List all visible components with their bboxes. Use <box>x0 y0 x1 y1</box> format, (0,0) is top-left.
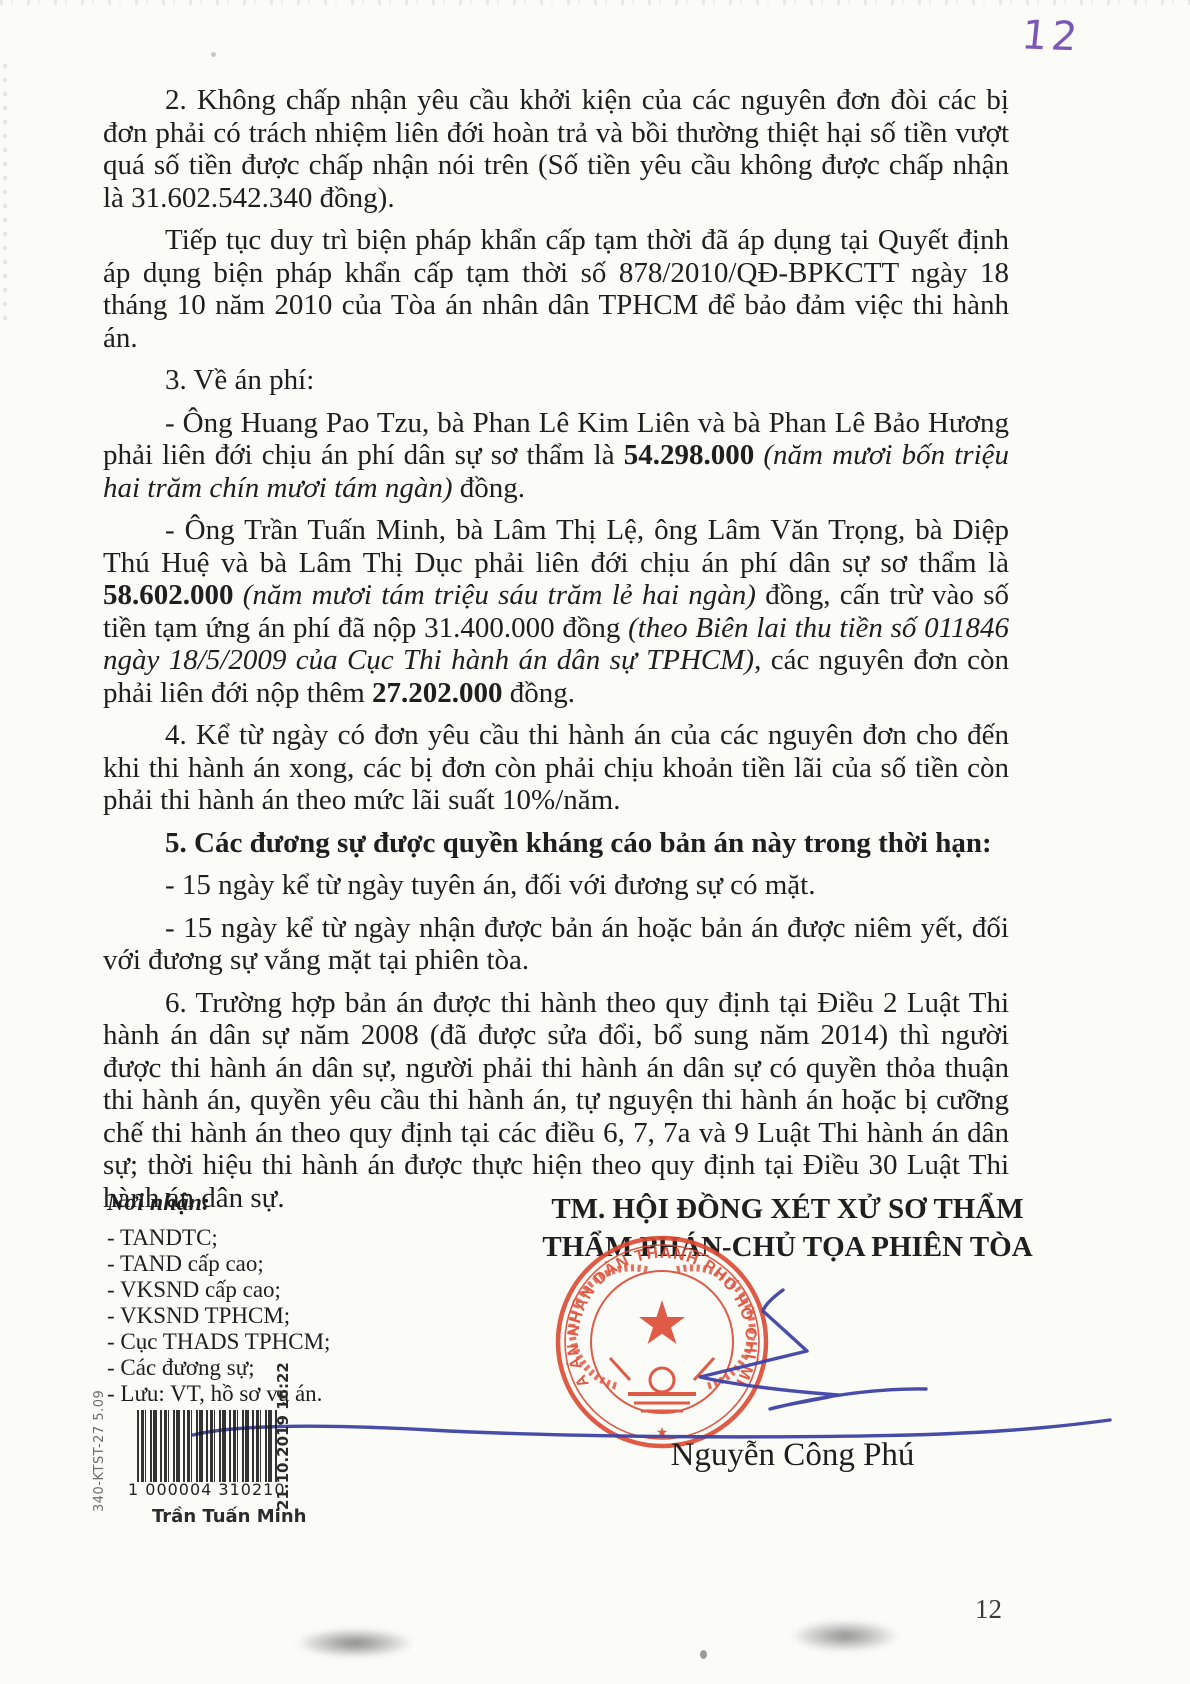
scan-left-edge-marks <box>3 60 7 320</box>
registration-barcode-block: 340-KTST-27 5.09 1 000004 310210 21.10.2… <box>84 1400 314 1540</box>
judgment-body: 2. Không chấp nhận yêu cầu khởi kiện của… <box>103 84 1009 1224</box>
paragraph-text: - 15 ngày kể từ ngày nhận được bản án ho… <box>103 912 1009 977</box>
scan-speck <box>757 170 761 174</box>
paragraph-appeal-absent: - 15 ngày kể từ ngày nhận được bản án ho… <box>103 912 1009 977</box>
scan-speck <box>211 52 216 57</box>
paragraph-text: đồng. <box>452 472 525 504</box>
amount-bold: 54.298.000 <box>624 439 755 471</box>
paragraph-text: Tiếp tục duy trì biện pháp khẩn cấp tạm … <box>103 224 1009 354</box>
paragraph-text: 2. Không chấp nhận yêu cầu khởi kiện của… <box>103 84 1009 214</box>
paragraph-5-appeal-rights: 5. Các đương sự được quyền kháng cáo bản… <box>103 827 1009 860</box>
paragraph-3-court-fees-heading: 3. Về án phí: <box>103 364 1009 397</box>
paragraph-text: 6. Trường hợp bản án được thi hành theo … <box>103 987 1009 1214</box>
judge-name: Nguyễn Công Phú <box>620 1437 965 1474</box>
recipient-item: - TANDTC; <box>107 1225 437 1251</box>
paragraph-text: 4. Kể từ ngày có đơn yêu cầu thi hành án… <box>103 719 1009 816</box>
signature-underline <box>193 1420 1110 1437</box>
paragraph-2-claims-rejected: 2. Không chấp nhận yêu cầu khởi kiện của… <box>103 84 1009 214</box>
paragraph-fee-plaintiffs-1: - Ông Huang Pao Tzu, bà Phan Lê Kim Liên… <box>103 407 1009 505</box>
paragraph-text: đồng. <box>503 677 576 709</box>
barcode-number: 1 000004 310210 <box>128 1480 298 1499</box>
paragraph-4-interest: 4. Kể từ ngày có đơn yêu cầu thi hành án… <box>103 719 1009 817</box>
handwritten-page-number: 12 <box>1020 12 1115 61</box>
amount-in-words: (năm mươi tám triệu sáu trăm lẻ hai ngàn… <box>234 579 756 611</box>
barcode-person-name: Trần Tuấn Minh <box>152 1506 352 1527</box>
signature-heading-line1: TM. HỘI ĐỒNG XÉT XỬ SƠ THẨM <box>540 1190 1035 1228</box>
amount-bold: 58.602.000 <box>103 579 234 611</box>
barcode-left-code: 340-KTST-27 5.09 <box>92 1408 107 1512</box>
paragraph-injunction: Tiếp tục duy trì biện pháp khẩn cấp tạm … <box>103 224 1009 354</box>
paragraph-appeal-present: - 15 ngày kể từ ngày tuyên án, đối với đ… <box>103 869 1009 902</box>
amount-bold: 27.202.000 <box>372 677 503 709</box>
paragraph-text: 5. Các đương sự được quyền kháng cáo bản… <box>165 827 992 859</box>
paragraph-text: 3. Về án phí: <box>165 364 314 396</box>
scanned-court-judgment-page: 12 2. Không chấp nhận yêu cầu khởi kiện … <box>0 0 1190 1684</box>
scan-speck <box>700 1650 707 1659</box>
printed-page-number: 12 <box>975 1594 1045 1625</box>
paragraph-text: - 15 ngày kể từ ngày tuyên án, đối với đ… <box>165 869 815 901</box>
barcode-icon <box>137 1410 279 1482</box>
signature-flourish <box>700 1290 926 1409</box>
paragraph-6-enforcement: 6. Trường hợp bản án được thi hành theo … <box>103 987 1009 1215</box>
paragraph-fee-plaintiffs-2: - Ông Trần Tuấn Minh, bà Lâm Thị Lệ, ông… <box>103 514 1009 709</box>
scan-edge-noise <box>0 0 1190 5</box>
barcode-datetime: 21.10.2019 16:22 <box>274 1408 292 1510</box>
paragraph-text: - Ông Trần Tuấn Minh, bà Lâm Thị Lệ, ông… <box>103 514 1009 579</box>
scan-smudge <box>295 1628 415 1658</box>
scan-smudge <box>790 1620 900 1652</box>
recipients-title: Nơi nhận: <box>107 1190 437 1217</box>
